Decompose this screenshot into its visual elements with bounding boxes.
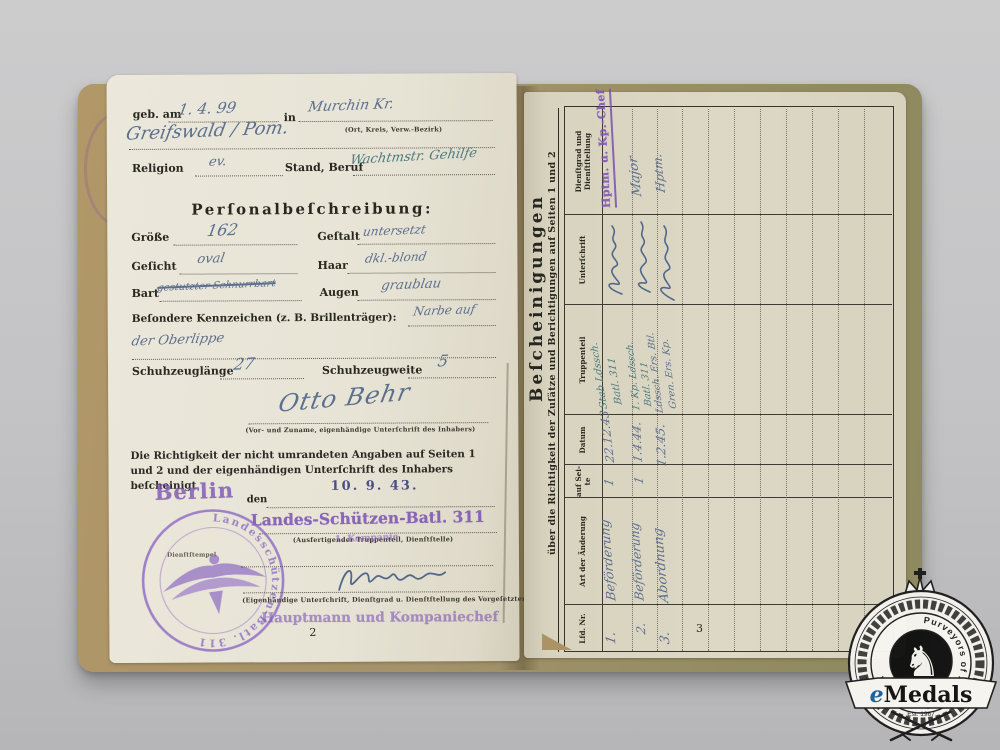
gestalt-handwriting: untersetzt (362, 222, 427, 239)
col-header-lfd-nr: Lfd. Nr. (565, 605, 602, 652)
dotted-line (348, 272, 496, 274)
bart-label: Bart (132, 287, 159, 300)
row-divider (734, 109, 735, 651)
schuhzeuglaenge-handwriting: 27 (232, 354, 256, 374)
bescheinigungen-title: Beſcheinigungen (527, 163, 547, 433)
row-divider (760, 109, 761, 651)
eagle-icon (159, 547, 271, 621)
page-number-2: 2 (309, 626, 316, 639)
bart-handwriting-struck: gestutzter Schnurrbart (156, 278, 276, 294)
row-divider (708, 109, 709, 651)
gesicht-label: Geſicht (131, 260, 176, 273)
schuhzeugweite-handwriting: 5 (436, 351, 450, 370)
schuhzeugweite-label: Schuhzeugweite (322, 363, 422, 377)
dotted-line (173, 244, 297, 246)
row1-nr: 1. (604, 630, 619, 645)
row2-datum: 1.4.44. (629, 420, 644, 463)
inhaber-signature: Otto Behr (276, 378, 413, 418)
column-divider (564, 497, 892, 498)
unit-seal-stamp: Landesschützen-Batl. 311 (137, 504, 290, 657)
district-handwriting: Greifswald / Pom. (124, 117, 290, 144)
date-stamp: 10. 9. 43. (331, 478, 419, 493)
brand-text: eMedals (870, 682, 973, 708)
geb-am-label: geb. am (133, 108, 182, 121)
row-divider (812, 109, 813, 651)
gestalt-label: Geſtalt (317, 230, 360, 243)
row2-signature (632, 218, 656, 298)
augen-handwriting: graublau (380, 276, 442, 293)
col-header-auf-seite: auf Sei- te (565, 465, 602, 498)
row2-nr: 2. (634, 621, 648, 635)
signature-caption: (Vor- und Zuname, eigenhändige Unterſchr… (245, 425, 475, 434)
dotted-line (357, 243, 495, 245)
row-divider (786, 109, 787, 651)
column-divider (564, 464, 892, 465)
brand-rest: Medals (884, 682, 973, 708)
place-stamp: Berlin (154, 477, 234, 504)
row-divider (682, 109, 683, 651)
col-header-art: Art der Änderung (565, 498, 602, 605)
ort-caption: (Ort, Kreis, Verw.-Bezirk) (345, 125, 443, 134)
brand-e: e (870, 682, 884, 708)
row3-datum: 1.2.45. (653, 423, 668, 468)
page-crease (503, 363, 509, 623)
groesse-handwriting: 162 (206, 220, 240, 240)
dotted-line (408, 325, 496, 326)
gesicht-handwriting: oval (196, 251, 226, 267)
col-header-datum: Datum (565, 415, 602, 465)
page-left: geb. am 1. 4. 99 in Murchin Kr. (Ort, Kr… (106, 73, 519, 663)
birthdate-handwriting: 1. 4. 99 (177, 98, 238, 118)
rank-stamp: Hauptmann und Kompaniechef (261, 609, 498, 626)
superior-caption: (Eigenhändige Unterſchrift, Dienſtgrad u… (242, 595, 530, 605)
kennzeichen-label: Beſondere Kennzeichen (z. B. Brillenträg… (132, 312, 397, 325)
dotted-line (195, 175, 283, 176)
row3-signature (654, 220, 680, 306)
dotted-line (408, 377, 496, 378)
col-header-unterschrift: Unterſchrift (565, 215, 602, 305)
bescheinigungen-subtitle: über die Richtigkeit der Zuſätze und Ber… (547, 133, 558, 573)
dotted-line (160, 300, 302, 302)
schuhzeuglaenge-label: Schuhzeuglänge (132, 364, 234, 378)
row1-signature (602, 220, 628, 300)
groesse-label: Größe (131, 231, 169, 244)
est-text: Est. 1967 (907, 711, 935, 718)
column-divider (564, 304, 892, 305)
dotted-line (248, 422, 488, 424)
emedals-watermark: Purveyors of Authentic Militaria ♞ eMeda… (836, 566, 1000, 748)
dotted-line (353, 174, 495, 176)
religion-handwriting: ev. (208, 154, 228, 170)
row3-nr: 3. (658, 630, 673, 645)
dotted-line (220, 378, 304, 379)
haar-handwriting: dkl.-blond (364, 249, 428, 265)
haar-label: Haar (317, 259, 348, 272)
augen-label: Augen (320, 286, 359, 299)
photo-stage: geb. am 1. 4. 99 in Murchin Kr. (Ort, Kr… (0, 0, 1000, 750)
dotted-line (299, 120, 493, 122)
kennzeichen-handwriting-1: Narbe auf (412, 302, 476, 318)
dotted-line (180, 273, 298, 275)
personalbeschreibung-header: Perſonalbeſchreibung: (107, 199, 517, 219)
birthplace-handwriting: Murchin Kr. (307, 96, 395, 115)
column-divider (564, 214, 892, 215)
kennzeichen-handwriting-2: der Oberlippe (130, 331, 225, 350)
page-number-3: 3 (696, 622, 703, 635)
column-divider (564, 414, 892, 415)
beruf-handwriting: Wachtmstr. Gehilfe (349, 146, 478, 168)
dotted-line (358, 299, 496, 301)
religion-label: Religion (132, 162, 184, 175)
